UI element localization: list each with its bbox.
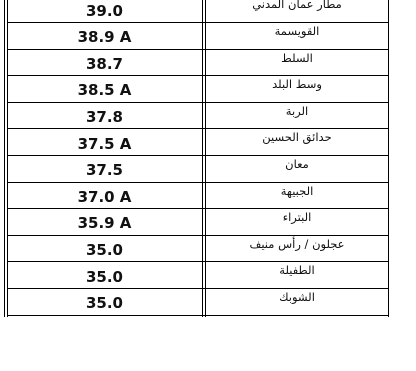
- temperature-value: 35.0: [7, 289, 202, 315]
- table-row: 37.5 A حدائق الحسين: [7, 129, 389, 156]
- table-row: 38.9 A القويسمة: [7, 23, 389, 50]
- temperature-value: 37.0 A: [7, 183, 202, 209]
- table-row: 35.0 الطفيلة: [7, 262, 389, 289]
- temperature-value: 38.7: [7, 50, 202, 76]
- station-name: القويسمة: [206, 23, 388, 49]
- station-name: حدائق الحسين: [206, 129, 388, 155]
- station-name: الربة: [206, 103, 388, 129]
- table-row: 35.0 عجلون / رأس منيف: [7, 236, 389, 263]
- temperature-value: 35.0: [7, 236, 202, 262]
- station-name: السلط: [206, 50, 388, 76]
- table-left-border: [4, 0, 5, 317]
- table-row: 35.0 الشوبك: [7, 289, 389, 316]
- table-row: 38.7 السلط: [7, 50, 389, 77]
- table-row: 37.5 معان: [7, 156, 389, 183]
- table-row: 35.9 A البتراء: [7, 209, 389, 236]
- station-name: الشوبك: [206, 289, 388, 315]
- temperature-value: 35.9 A: [7, 209, 202, 235]
- station-name: الطفيلة: [206, 262, 388, 288]
- temperature-value: 38.5 A: [7, 76, 202, 102]
- temperature-value: 35.0: [7, 262, 202, 288]
- table-row: 37.8 الربة: [7, 103, 389, 130]
- table-row: 37.0 A الجبيهة: [7, 183, 389, 210]
- temperature-value: 37.5: [7, 156, 202, 182]
- temperature-value: 37.8: [7, 103, 202, 129]
- table-row: 39.0 مطار عمان المدني: [7, 0, 389, 23]
- station-name: وسط البلد: [206, 76, 388, 102]
- station-name: مطار عمان المدني: [206, 0, 388, 22]
- temperature-value: 38.9 A: [7, 23, 202, 49]
- station-name: عجلون / رأس منيف: [206, 236, 388, 262]
- station-name: معان: [206, 156, 388, 182]
- station-name: البتراء: [206, 209, 388, 235]
- temperature-value: 39.0: [7, 0, 202, 22]
- table-row: 38.5 A وسط البلد: [7, 76, 389, 103]
- temperature-value: 37.5 A: [7, 129, 202, 155]
- station-name: الجبيهة: [206, 183, 388, 209]
